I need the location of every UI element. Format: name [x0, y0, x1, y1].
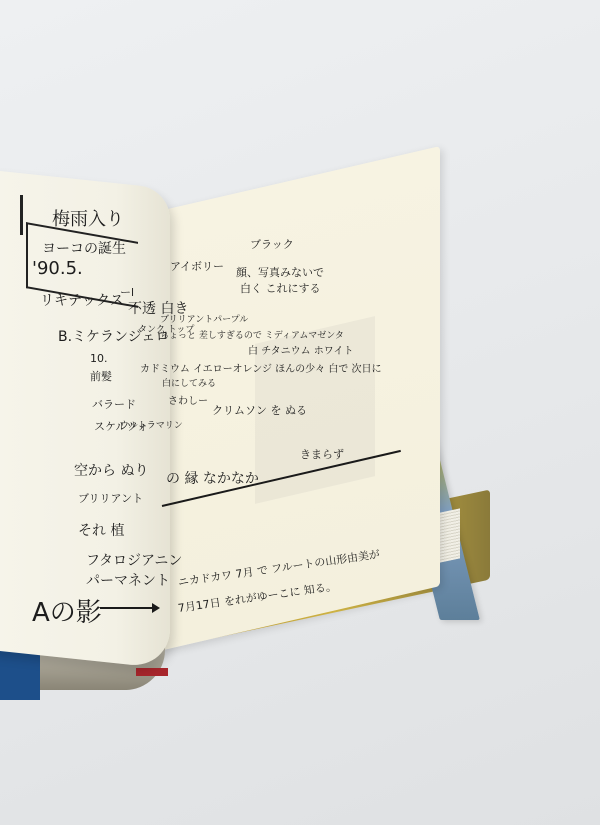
note-line: バラード [92, 396, 136, 412]
note-line: ブラック [250, 236, 294, 252]
note-line: 梅雨入り [52, 205, 124, 231]
note-line: クリムソン を ぬる [212, 402, 307, 418]
note-line: それ 植 [78, 520, 124, 540]
note-line: ブリリアントパープル [160, 312, 248, 325]
note-line: ウルトラマリン [120, 418, 183, 431]
note-line: ブリリアント [78, 490, 143, 506]
note-line: パーマネント [86, 570, 170, 590]
note-line: リキテックス [40, 290, 124, 310]
note-line: きまらず [300, 446, 344, 462]
ink-mark [20, 195, 23, 235]
note-line: 白にしてみる [162, 376, 216, 389]
note-line: カドミウム イエローオレンジ ほんの少々 白で 次日に [140, 360, 382, 375]
note-line: アイボリー [170, 258, 224, 274]
note-line: ヨーコの誕生 [42, 238, 126, 258]
bookmark-ribbon [136, 668, 168, 676]
note-line: ちょっと 差しすぎるので ミディアムマゼンタ [160, 328, 344, 341]
note-line: '90.5. [32, 258, 83, 279]
note-line: 空から ぬり [74, 460, 148, 480]
note-line: フタロジアニン [86, 550, 182, 570]
notebook-photo: 梅雨入り ヨーコの誕生 '90.5. リキテックス B.ミケランジェロ 10. … [0, 0, 600, 825]
note-line: 10. [90, 352, 108, 365]
note-line: 顔、写真みないで [236, 264, 324, 280]
arrow-icon [100, 607, 158, 609]
note-line: さわしー [168, 392, 208, 407]
note-line: 白 チタニウム ホワイト [248, 342, 353, 357]
note-line: 白く これにする [240, 280, 321, 296]
note-line: 前髪 [90, 368, 112, 384]
note-line: Aの影 [32, 592, 102, 629]
